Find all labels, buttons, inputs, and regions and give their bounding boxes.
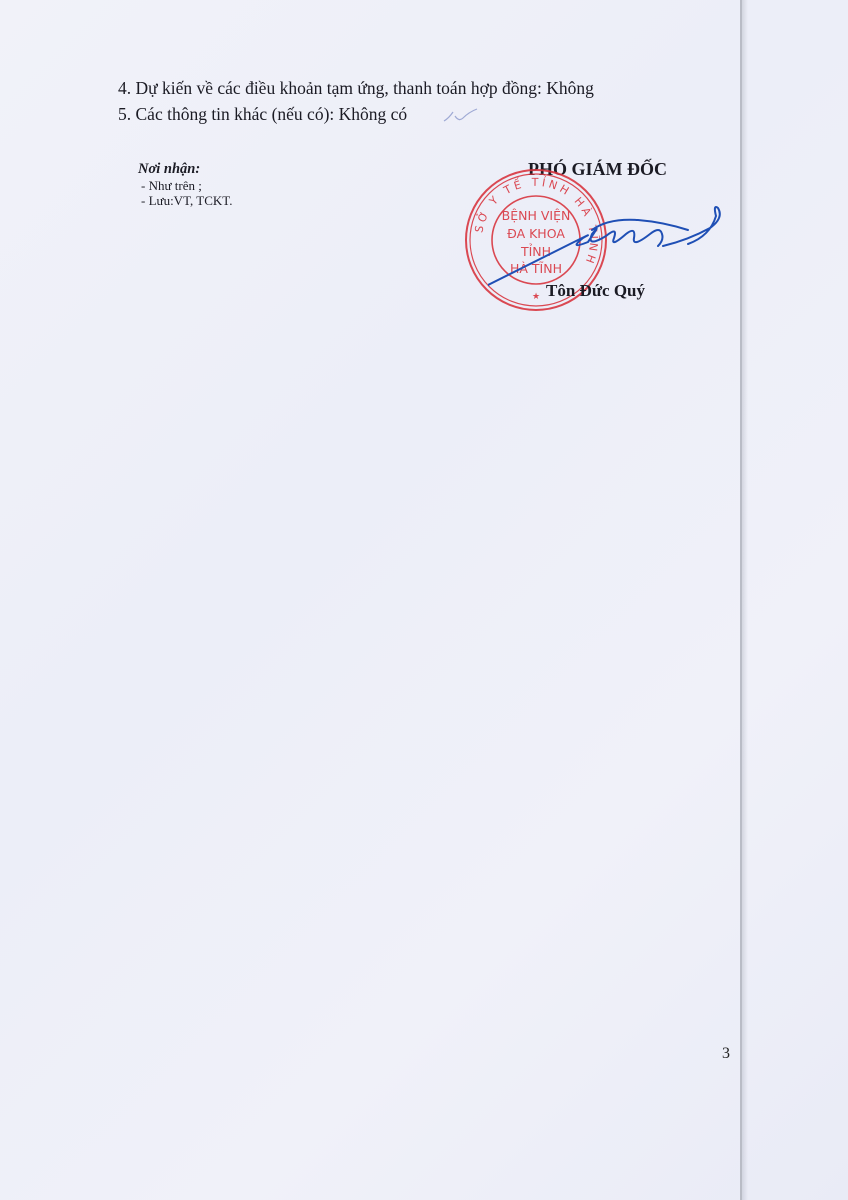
initial-mark-icon: [441, 106, 481, 126]
item-advance-payment-terms: 4. Dự kiến về các điều khoản tạm ứng, th…: [118, 78, 594, 99]
recipient-line: - Như trên ;: [138, 178, 233, 193]
recipient-line: - Lưu:VT, TCKT.: [138, 193, 233, 208]
document-page: 4. Dự kiến về các điều khoản tạm ứng, th…: [0, 0, 848, 1200]
handwritten-signature: [488, 200, 728, 300]
recipients-block: Nơi nhận: - Như trên ; - Lưu:VT, TCKT.: [138, 162, 233, 208]
page-number: 3: [722, 1045, 730, 1063]
recipients-title: Nơi nhận:: [138, 162, 233, 177]
item-other-information: 5. Các thông tin khác (nếu có): Không có: [118, 104, 407, 125]
page-fold-shadow: [742, 0, 748, 1200]
